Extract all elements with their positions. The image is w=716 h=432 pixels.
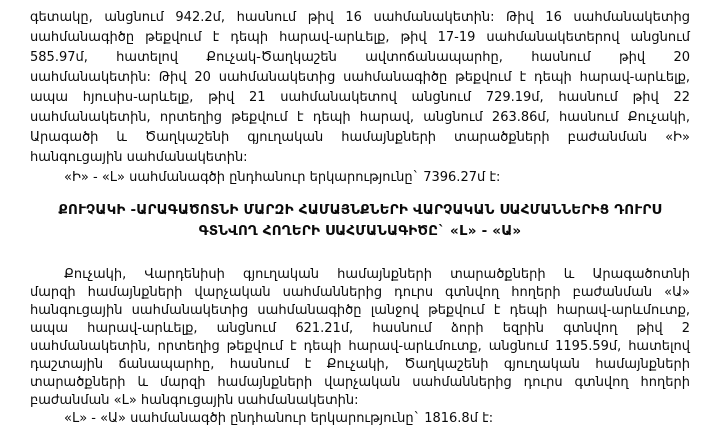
text-line: Քուչակի, Վարդենիսի գյուղական համայնքների… [30, 266, 690, 284]
section-heading: ՔՈՒՉԱԿԻ -ԱՐԱԳԱԾՈՏՆԻ ՄԱՐԶԻ ՀԱՄԱՅՆՔՆԵՐԻ ՎԱ… [30, 200, 690, 242]
section-heading-line2: ԳՏՆՎՈՂ ՀՈՂԵՐԻ ՍԱՀՄԱՆԱԳԻԾԸ` «L» - «Ա» [30, 221, 690, 242]
text-line: սահմանակետին: Թիվ 20 սահմանակետից սահման… [30, 68, 690, 88]
total-length-line-ih-l: «Ի» - «L» սահմանագծի ընդհանուր երկարությ… [30, 168, 690, 188]
text-line: ապա հյուսիս-արևելք, թիվ 21 սահմանակետով … [30, 88, 690, 108]
text-line: դաշտային ճանապարհը, հասնում է Քուչակի, Ծ… [30, 356, 690, 374]
text-line: գետակը, անցնում 942.2մ, հասնում թիվ 16 ս… [30, 8, 690, 28]
text-line: սահմանագիծը թեքվում է դեպի հարավ-արևելք,… [30, 28, 690, 48]
text-line: բաժանման «L» հանգուցային սահմանակետին: [30, 392, 690, 410]
section-heading-line1: ՔՈՒՉԱԿԻ -ԱՐԱԳԱԾՈՏՆԻ ՄԱՐԶԻ ՀԱՄԱՅՆՔՆԵՐԻ ՎԱ… [30, 200, 690, 221]
text-line: տարածքների և մարզի համայնքների վարչական … [30, 374, 690, 392]
text-line: մարզի համայնքների վարչական սահմաններից դ… [30, 284, 690, 302]
document-page: գետակը, անցնում 942.2մ, հասնում թիվ 16 ս… [0, 0, 716, 432]
text-line: հանգուցային սահմանակետին: [30, 148, 690, 168]
text-line: ապա հարավ-արևելք, անցնում 621.21մ, հասնո… [30, 320, 690, 338]
text-line: սահմանակետին, որտեղից թեքվում է դեպի հար… [30, 108, 690, 128]
total-length-line-l-a: «L» - «Ա» սահմանագծի ընդհանուր երկարությ… [30, 410, 690, 428]
text-line: սահմանակետին, որտեղից թեքվում է դեպի հար… [30, 338, 690, 356]
text-line: հանգուցային սահմանակետից սահմանագիծը լան… [30, 302, 690, 320]
paragraph-boundary-ih-l: գետակը, անցնում 942.2մ, հասնում թիվ 16 ս… [30, 8, 690, 188]
paragraph-boundary-l-a: Քուչակի, Վարդենիսի գյուղական համայնքների… [30, 266, 690, 428]
text-line: 585.97մ, հատելով Քուչակ-Ծաղկաշեն ավտոճան… [30, 48, 690, 68]
text-line: Արագածի և Ծաղկաշենի գյուղական համայնքներ… [30, 128, 690, 148]
